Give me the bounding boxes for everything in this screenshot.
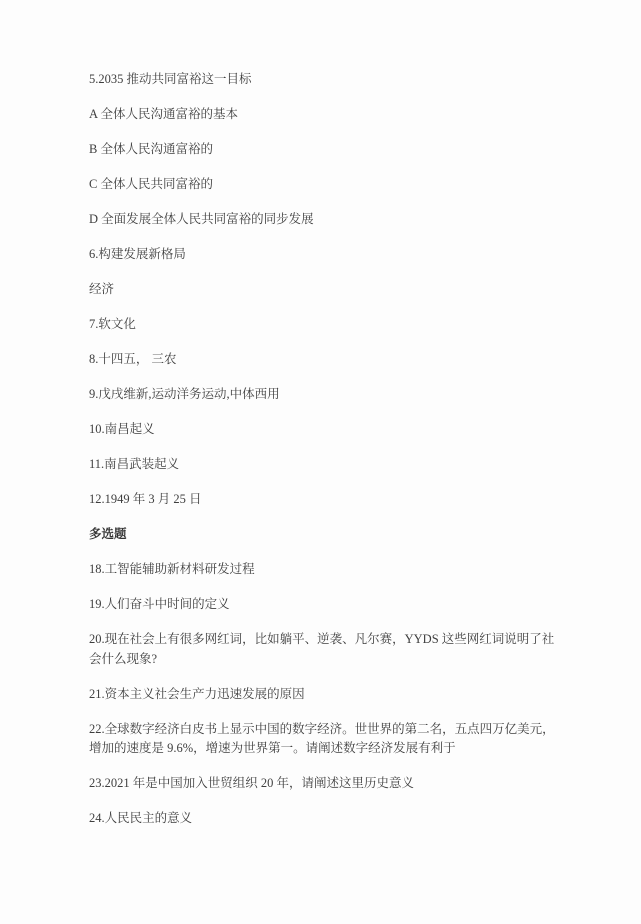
paragraph: C 全体人民共同富裕的 bbox=[89, 175, 557, 195]
paragraph: 24.人民民主的意义 bbox=[89, 809, 557, 829]
paragraph: 6.构建发展新格局 bbox=[89, 245, 557, 265]
paragraph: 12.1949 年 3 月 25 日 bbox=[89, 490, 557, 510]
paragraph: 18.工智能辅助新材料研发过程 bbox=[89, 560, 557, 580]
paragraph: 22.全球数字经济白皮书上显示中国的数字经济。世世界的第二名，五点四万亿美元，增… bbox=[89, 720, 557, 759]
document-content: 5.2035 推动共同富裕这一目标A 全体人民沟通富裕的基本B 全体人民沟通富裕… bbox=[89, 70, 557, 829]
paragraph: D 全面发展全体人民共同富裕的同步发展 bbox=[89, 210, 557, 230]
paragraph: 11.南昌武装起义 bbox=[89, 455, 557, 475]
paragraph: 8.十四五， 三农 bbox=[89, 350, 557, 370]
paragraph: B 全体人民沟通富裕的 bbox=[89, 140, 557, 160]
paragraph: 10.南昌起义 bbox=[89, 420, 557, 440]
paragraph: 21.资本主义社会生产力迅速发展的原因 bbox=[89, 685, 557, 705]
paragraph: A 全体人民沟通富裕的基本 bbox=[89, 105, 557, 125]
paragraph: 9.戊戌维新,运动洋务运动,中体西用 bbox=[89, 385, 557, 405]
paragraph: 23.2021 年是中国加入世贸组织 20 年，请阐述这里历史意义 bbox=[89, 774, 557, 794]
paragraph: 5.2035 推动共同富裕这一目标 bbox=[89, 70, 557, 90]
document-page: 5.2035 推动共同富裕这一目标A 全体人民沟通富裕的基本B 全体人民沟通富裕… bbox=[0, 0, 641, 924]
paragraph: 经济 bbox=[89, 280, 557, 300]
paragraph: 20.现在社会上有很多网红词，比如躺平、逆袭、凡尔赛，YYDS 这些网红词说明了… bbox=[89, 630, 557, 669]
paragraph: 19.人们奋斗中时间的定义 bbox=[89, 595, 557, 615]
section-heading: 多选题 bbox=[89, 525, 557, 545]
paragraph: 7.软文化 bbox=[89, 315, 557, 335]
